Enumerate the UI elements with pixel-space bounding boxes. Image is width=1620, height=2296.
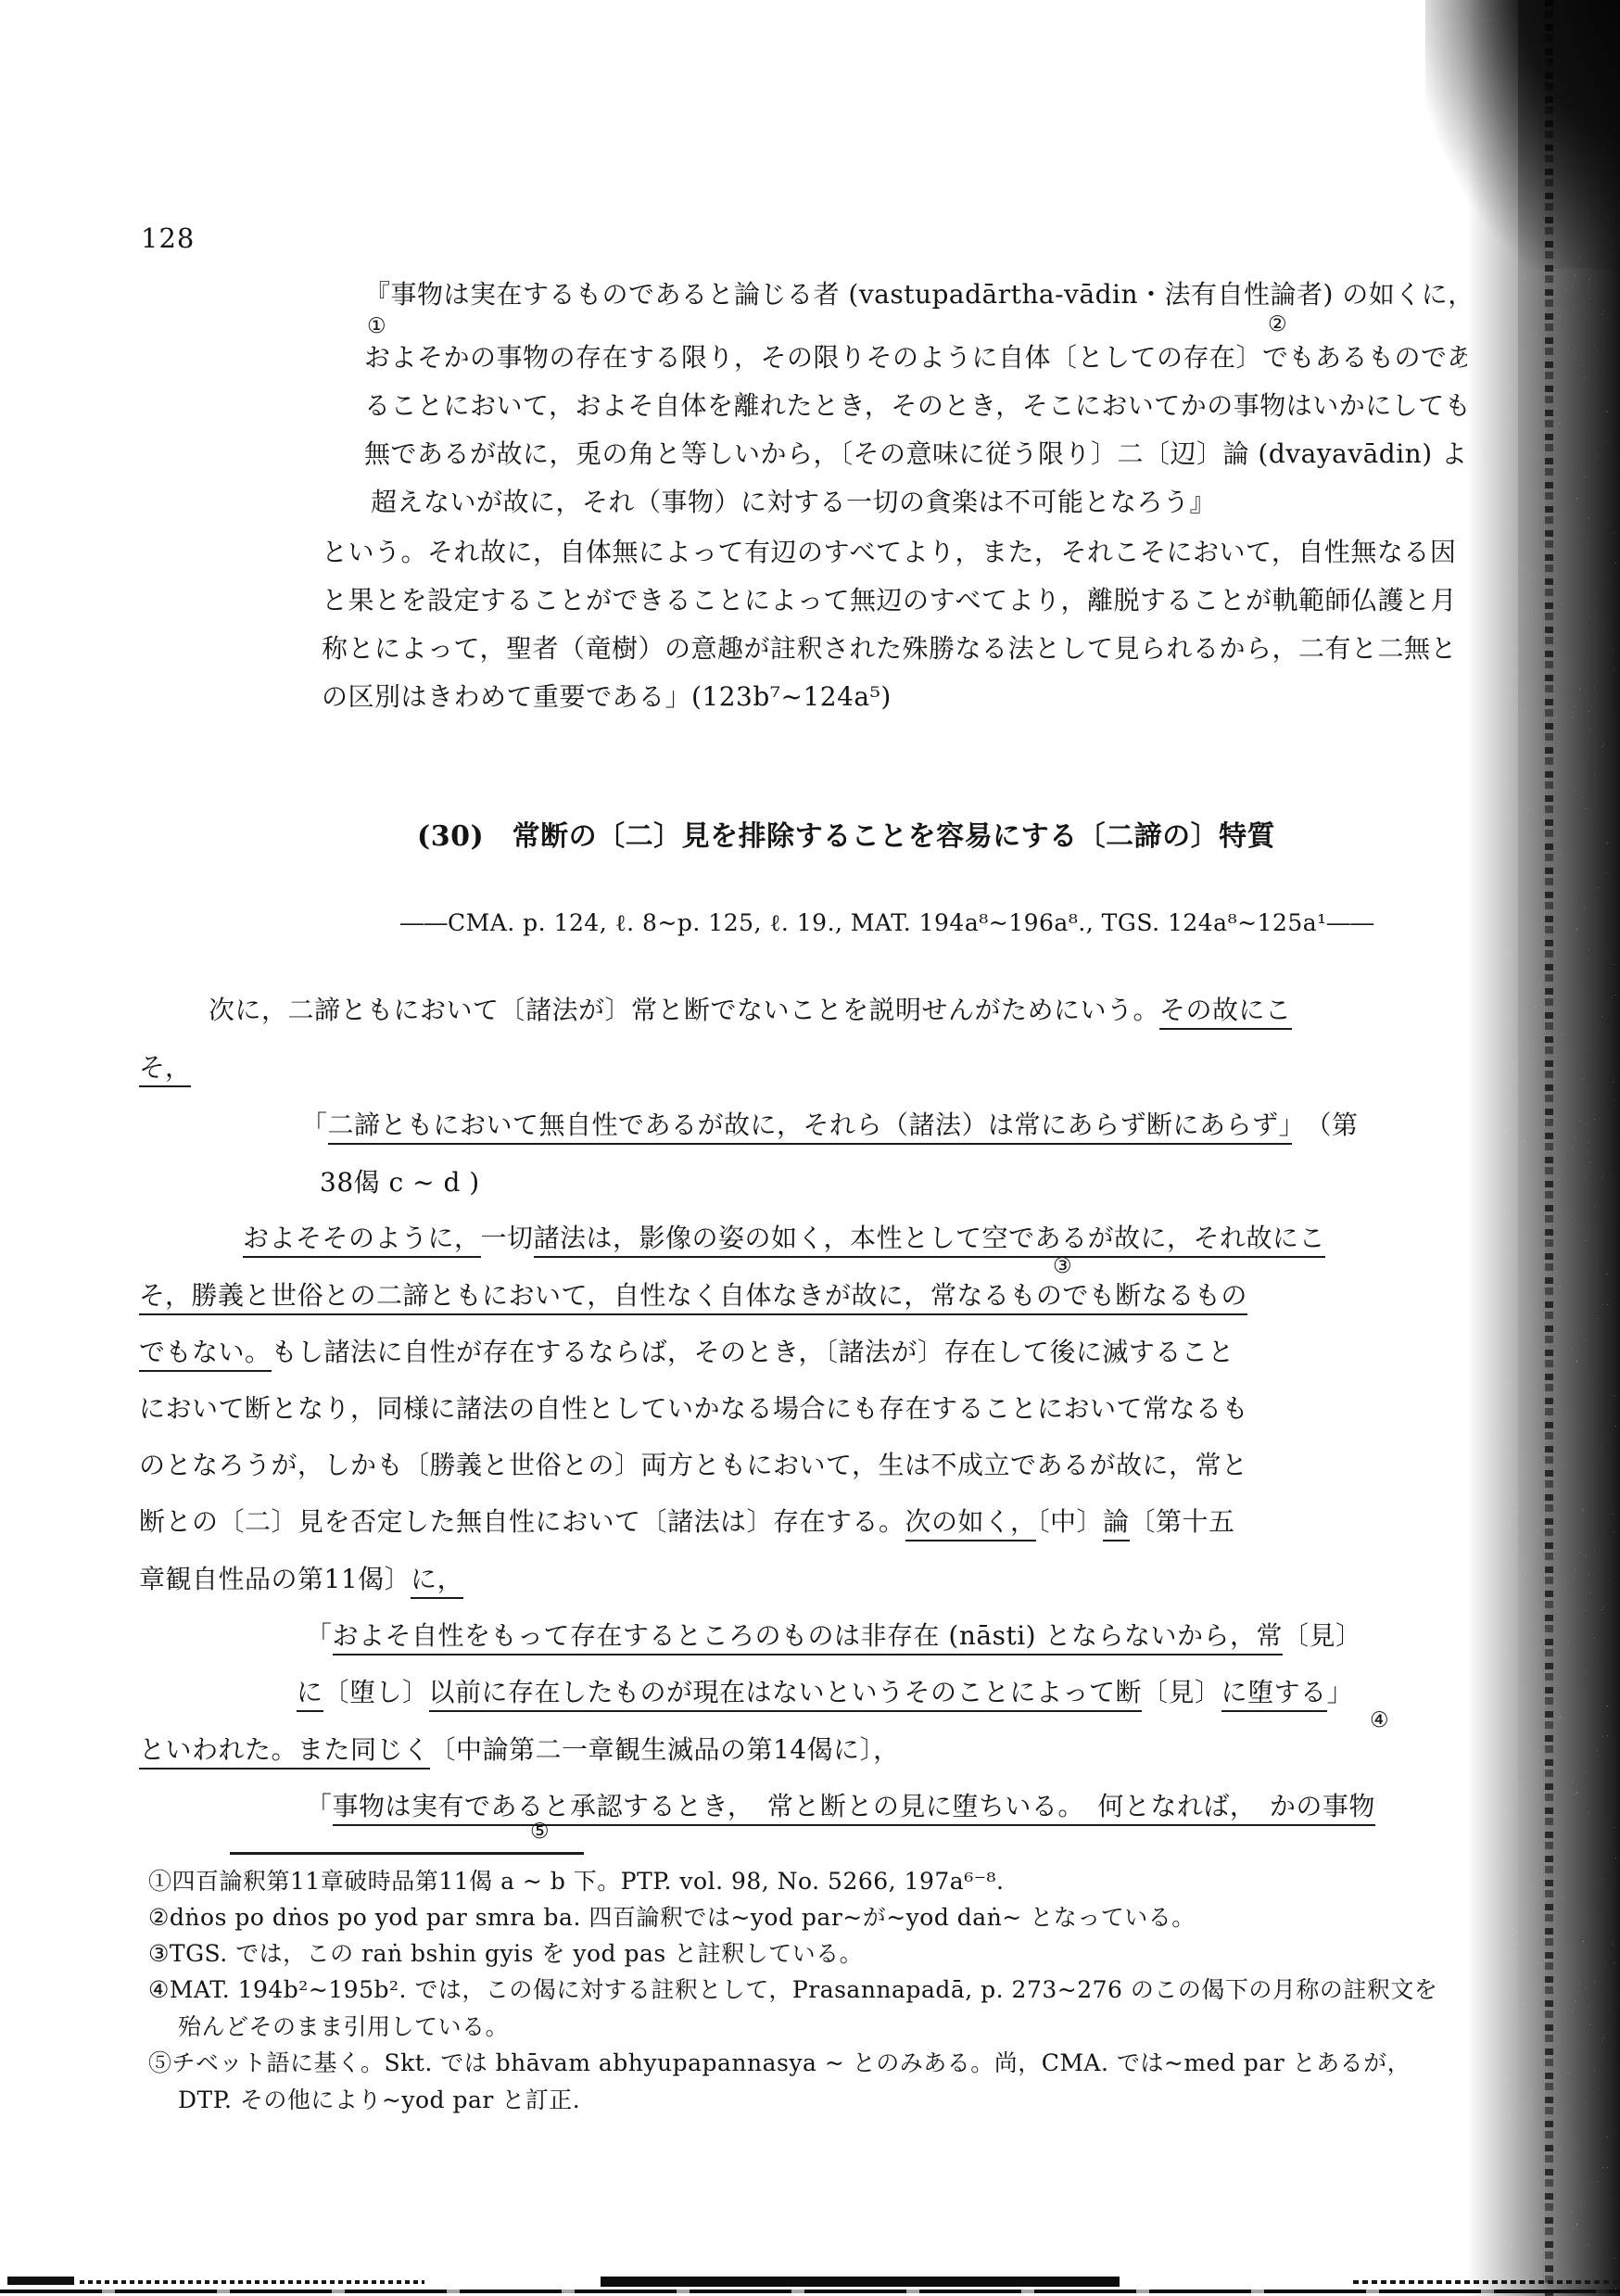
text-segment: 〔見〕 (1142, 1677, 1221, 1707)
scan-artifact-bar (601, 2277, 1120, 2287)
text-segment: 『事物は実在するものであると論じる者 (vastupadārtha-vādin・… (364, 279, 1474, 310)
underlined-text: その故にこ (1159, 995, 1292, 1030)
body3-line7: 章観自性品の第11偈〕に， (139, 1563, 463, 1595)
body3-line1: およそそのように，一切諸法は，影像の姿の如く，本性として空であるが故に，それ故に… (243, 1222, 1325, 1254)
text-segment: 〔中論第二一章観生滅品の第14偈に〕， (430, 1734, 900, 1765)
text-segment: という。それ故に，自体無によって有辺のすべてより，また，それこそにおいて，自性無… (322, 537, 1456, 567)
body2-line1: 次に，二諦ともにおいて〔諸法が〕常と断でないことを説明せんがためにいう。その故に… (209, 994, 1292, 1026)
footnote-marker-5: ⑤ (530, 1819, 550, 1846)
text-segment: およそかの事物の存在する限り，その限りそのように自体〔としての存在〕でもあるもの… (364, 342, 1474, 373)
text-segment: と果とを設定することができることによって無辺のすべてより，離脱することが軌範師仏… (322, 585, 1457, 615)
footnote-4b: 殆んどそのまま引用している。 (178, 2012, 509, 2041)
quote1-line3: ることにおいて，およそ自体を離れたとき，そのとき，そこにおいてかの事物はいかにし… (364, 389, 1471, 422)
text-segment: ① (367, 314, 386, 338)
text-segment: ② (1268, 312, 1287, 336)
footnote-3: ③TGS. では，この raṅ bshin gyis を yod pas と註釈… (148, 1939, 863, 1968)
text-segment: 〔中〕 (1036, 1506, 1103, 1537)
text-segment: 次に，二諦ともにおいて〔諸法が〕常と断でないことを説明せんがためにいう。 (209, 995, 1159, 1025)
text-segment: 無であるが故に，兎の角と等しいから，〔その意味に従う限り〕二〔辺〕論 (dvay… (364, 438, 1494, 469)
scanned-document-page: 128 『事物は実在するものであると論じる者 (vastupadārtha-vā… (0, 0, 1620, 2296)
text-segment: ③TGS. では，この raṅ bshin gyis を yod pas と註釈… (148, 1940, 863, 1967)
body3-line2: そ，勝義と世俗との二諦ともにおいて，自性なく自体なきが故に，常なるものでも断なる… (139, 1279, 1247, 1312)
underlined-text: に (297, 1677, 323, 1712)
scan-corner-shadow (1425, 0, 1620, 269)
text-segment: ることにおいて，およそ自体を離れたとき，そのとき，そこにおいてかの事物はいかにし… (364, 390, 1471, 421)
quote3-line2: に〔堕し〕以前に存在したものが現在はないというそのことによって断〔見〕に堕する」 (297, 1676, 1353, 1708)
text-segment: （第 (1292, 1110, 1359, 1140)
body1-line3: 称とによって，聖者（竜樹）の意趣が註釈された殊勝なる法として見られるから，二有と… (322, 632, 1457, 665)
underlined-text: およそそのように， (243, 1223, 481, 1258)
body3-line3: でもない。もし諸法に自性が存在するならば，そのとき，〔諸法が〕存在して後に滅する… (139, 1336, 1234, 1368)
text-segment: (30) 常断の〔二〕見を排除することを容易にする〔二諦の〕特質 (417, 820, 1275, 853)
body3-line4: において断となり，同様に諸法の自性としていかなる場合にも存在することにおいて常な… (139, 1392, 1248, 1425)
footnote-4: ④MAT. 194b²~195b². では，この偈に対する註釈として，Prasa… (148, 1975, 1437, 2004)
footnote-marker-1: ① (367, 313, 386, 340)
scan-gutter-noise (1467, 0, 1620, 2296)
body3-line5: のとなろうが，しかも〔勝義と世俗との〕両方ともにおいて，生は不成立であるが故に，… (139, 1449, 1247, 1481)
quote1-line1: 『事物は実在するものであると論じる者 (vastupadārtha-vādin・… (364, 278, 1474, 311)
body4-line1: といわれた。また同じく〔中論第二一章観生滅品の第14偈に〕， (139, 1733, 900, 1766)
section-heading: (30) 常断の〔二〕見を排除することを容易にする〔二諦の〕特質 (417, 819, 1275, 855)
quote2-line1: 「二諦ともにおいて無自性であるが故に，それら（諸法）は常にあらず断にあらず」 （… (301, 1109, 1359, 1141)
text-segment: 称とによって，聖者（竜樹）の意趣が註釈された殊勝なる法として見られるから，二有と… (322, 633, 1457, 664)
text-segment: 殆んどそのまま引用している。 (178, 2013, 509, 2040)
quote3-line1: 「およそ自性をもって存在するところのものは非存在 (nāsti) とならないから… (306, 1619, 1362, 1652)
underlined-text: といわれた。また同じく (139, 1734, 430, 1770)
body1-line4: の区別はきわめて重要である」(123b⁷~124a⁵) (322, 680, 892, 713)
text-segment: 「 (301, 1110, 328, 1140)
underlined-text: 次の如く， (905, 1506, 1037, 1541)
text-segment: ②dṅos po dṅos po yod par smra ba. 四百論釈では… (148, 1904, 1196, 1931)
text-segment: 超えないが故に，それ（事物）に対する一切の貪楽は不可能となろう』 (371, 487, 1216, 517)
underlined-text: でもない。 (139, 1337, 272, 1372)
quote1-line4: 無であるが故に，兎の角と等しいから，〔その意味に従う限り〕二〔辺〕論 (dvay… (364, 438, 1494, 470)
text-segment: 「 (306, 1620, 333, 1651)
text-segment: 38偈 c ~ d ) (320, 1167, 480, 1198)
body1-line1: という。それ故に，自体無によって有辺のすべてより，また，それこそにおいて，自性無… (322, 536, 1456, 568)
footnote-5b: DTP. その他により~yod par と訂正. (178, 2086, 580, 2114)
quote2-line2: 38偈 c ~ d ) (320, 1166, 480, 1199)
underlined-text: 論 (1103, 1506, 1130, 1541)
underlined-text: 諸法は，影像の姿の如く，本性として空であるが故に，それ故にこ (534, 1223, 1325, 1258)
text-segment: 〔見〕 (1283, 1620, 1362, 1651)
scan-artifact-dots-left (80, 2280, 424, 2284)
text-segment: ――CMA. p. 124, ℓ. 8~p. 125, ℓ. 19., MAT.… (400, 909, 1374, 936)
text-segment: 断との〔二〕見を否定した無自性において〔諸法は〕存在する。 (139, 1506, 905, 1537)
scan-artifact-bottom-rule (0, 2290, 1620, 2293)
footnote-marker-4: ④ (1370, 1707, 1389, 1734)
underlined-text: およそ自性をもって存在するところのものは非存在 (nāsti) とならないから，… (333, 1620, 1283, 1655)
text-segment: 〔第十五 (1130, 1506, 1235, 1537)
text-segment: ④MAT. 194b²~195b². では，この偈に対する註釈として，Prasa… (148, 1976, 1437, 2003)
underlined-text: 事物は実有であると承認するとき， 常と断との見に堕ちいる。 何となれば， かの事… (333, 1791, 1375, 1826)
footnote-2: ②dṅos po dṅos po yod par smra ba. 四百論釈では… (148, 1903, 1196, 1932)
source-reference: ――CMA. p. 124, ℓ. 8~p. 125, ℓ. 19., MAT.… (400, 908, 1374, 937)
quote1-line2: およそかの事物の存在する限り，その限りそのように自体〔としての存在〕でもあるもの… (364, 341, 1474, 374)
scan-artifact-dots-right (1353, 2280, 1620, 2284)
quote4-line1: 「事物は実有であると承認するとき， 常と断との見に堕ちいる。 何となれば， かの… (306, 1790, 1375, 1822)
underlined-text: 二諦ともにおいて無自性であるが故に，それら（諸法）は常にあらず断にあらず」 (328, 1110, 1293, 1145)
footnote-marker-3: ③ (1053, 1253, 1072, 1280)
text-segment: 」 (1327, 1677, 1354, 1707)
text-segment: ⑤チベット語に基く。Skt. では bhāvam abhyupapannasya… (148, 2049, 1411, 2076)
text-segment: において断となり，同様に諸法の自性としていかなる場合にも存在することにおいて常な… (139, 1393, 1248, 1424)
scan-artifact-blob (7, 2277, 74, 2285)
footnote-marker-2: ② (1268, 311, 1287, 338)
quote1-line5: 超えないが故に，それ（事物）に対する一切の貪楽は不可能となろう』 (371, 486, 1216, 518)
text-segment: ⑤ (530, 1820, 550, 1844)
underlined-text: そ， (139, 1052, 191, 1087)
text-segment: 一切 (481, 1223, 534, 1253)
text-segment: DTP. その他により~yod par と訂正. (178, 2087, 580, 2113)
text-segment: ④ (1370, 1708, 1389, 1732)
underlined-text: そ，勝義と世俗との二諦ともにおいて，自性なく自体なきが故に，常なるものでも断なる… (139, 1280, 1247, 1315)
text-segment: 「 (306, 1791, 333, 1821)
footnote-5: ⑤チベット語に基く。Skt. では bhāvam abhyupapannasya… (148, 2049, 1411, 2077)
footnote-1: ①四百論釈第11章破時品第11偈 a ~ b 下。PTP. vol. 98, N… (148, 1867, 1004, 1896)
text-segment: もし諸法に自性が存在するならば，そのとき，〔諸法が〕存在して後に滅すること (272, 1337, 1234, 1367)
underlined-text: に， (411, 1564, 463, 1599)
body3-line6: 断との〔二〕見を否定した無自性において〔諸法は〕存在する。次の如く，〔中〕論〔第… (139, 1505, 1235, 1538)
text-segment: の区別はきわめて重要である」(123b⁷~124a⁵) (322, 681, 892, 712)
footnote-separator-rule (230, 1852, 584, 1855)
body2-line2: そ， (139, 1051, 191, 1084)
text-segment: ①四百論釈第11章破時品第11偈 a ~ b 下。PTP. vol. 98, N… (148, 1868, 1004, 1895)
underlined-text: 以前に存在したものが現在はないというそのことによって断 (429, 1677, 1143, 1712)
scan-binding-streak (1545, 0, 1553, 2296)
text-segment: 〔堕し〕 (323, 1677, 429, 1707)
underlined-text: に堕する (1221, 1677, 1327, 1712)
page-number: 128 (141, 222, 195, 254)
body1-line2: と果とを設定することができることによって無辺のすべてより，離脱することが軌範師仏… (322, 584, 1457, 616)
text-segment: 章観自性品の第11偈〕 (139, 1564, 411, 1594)
text-segment: のとなろうが，しかも〔勝義と世俗との〕両方ともにおいて，生は不成立であるが故に，… (139, 1450, 1247, 1480)
text-segment: ③ (1053, 1254, 1072, 1278)
